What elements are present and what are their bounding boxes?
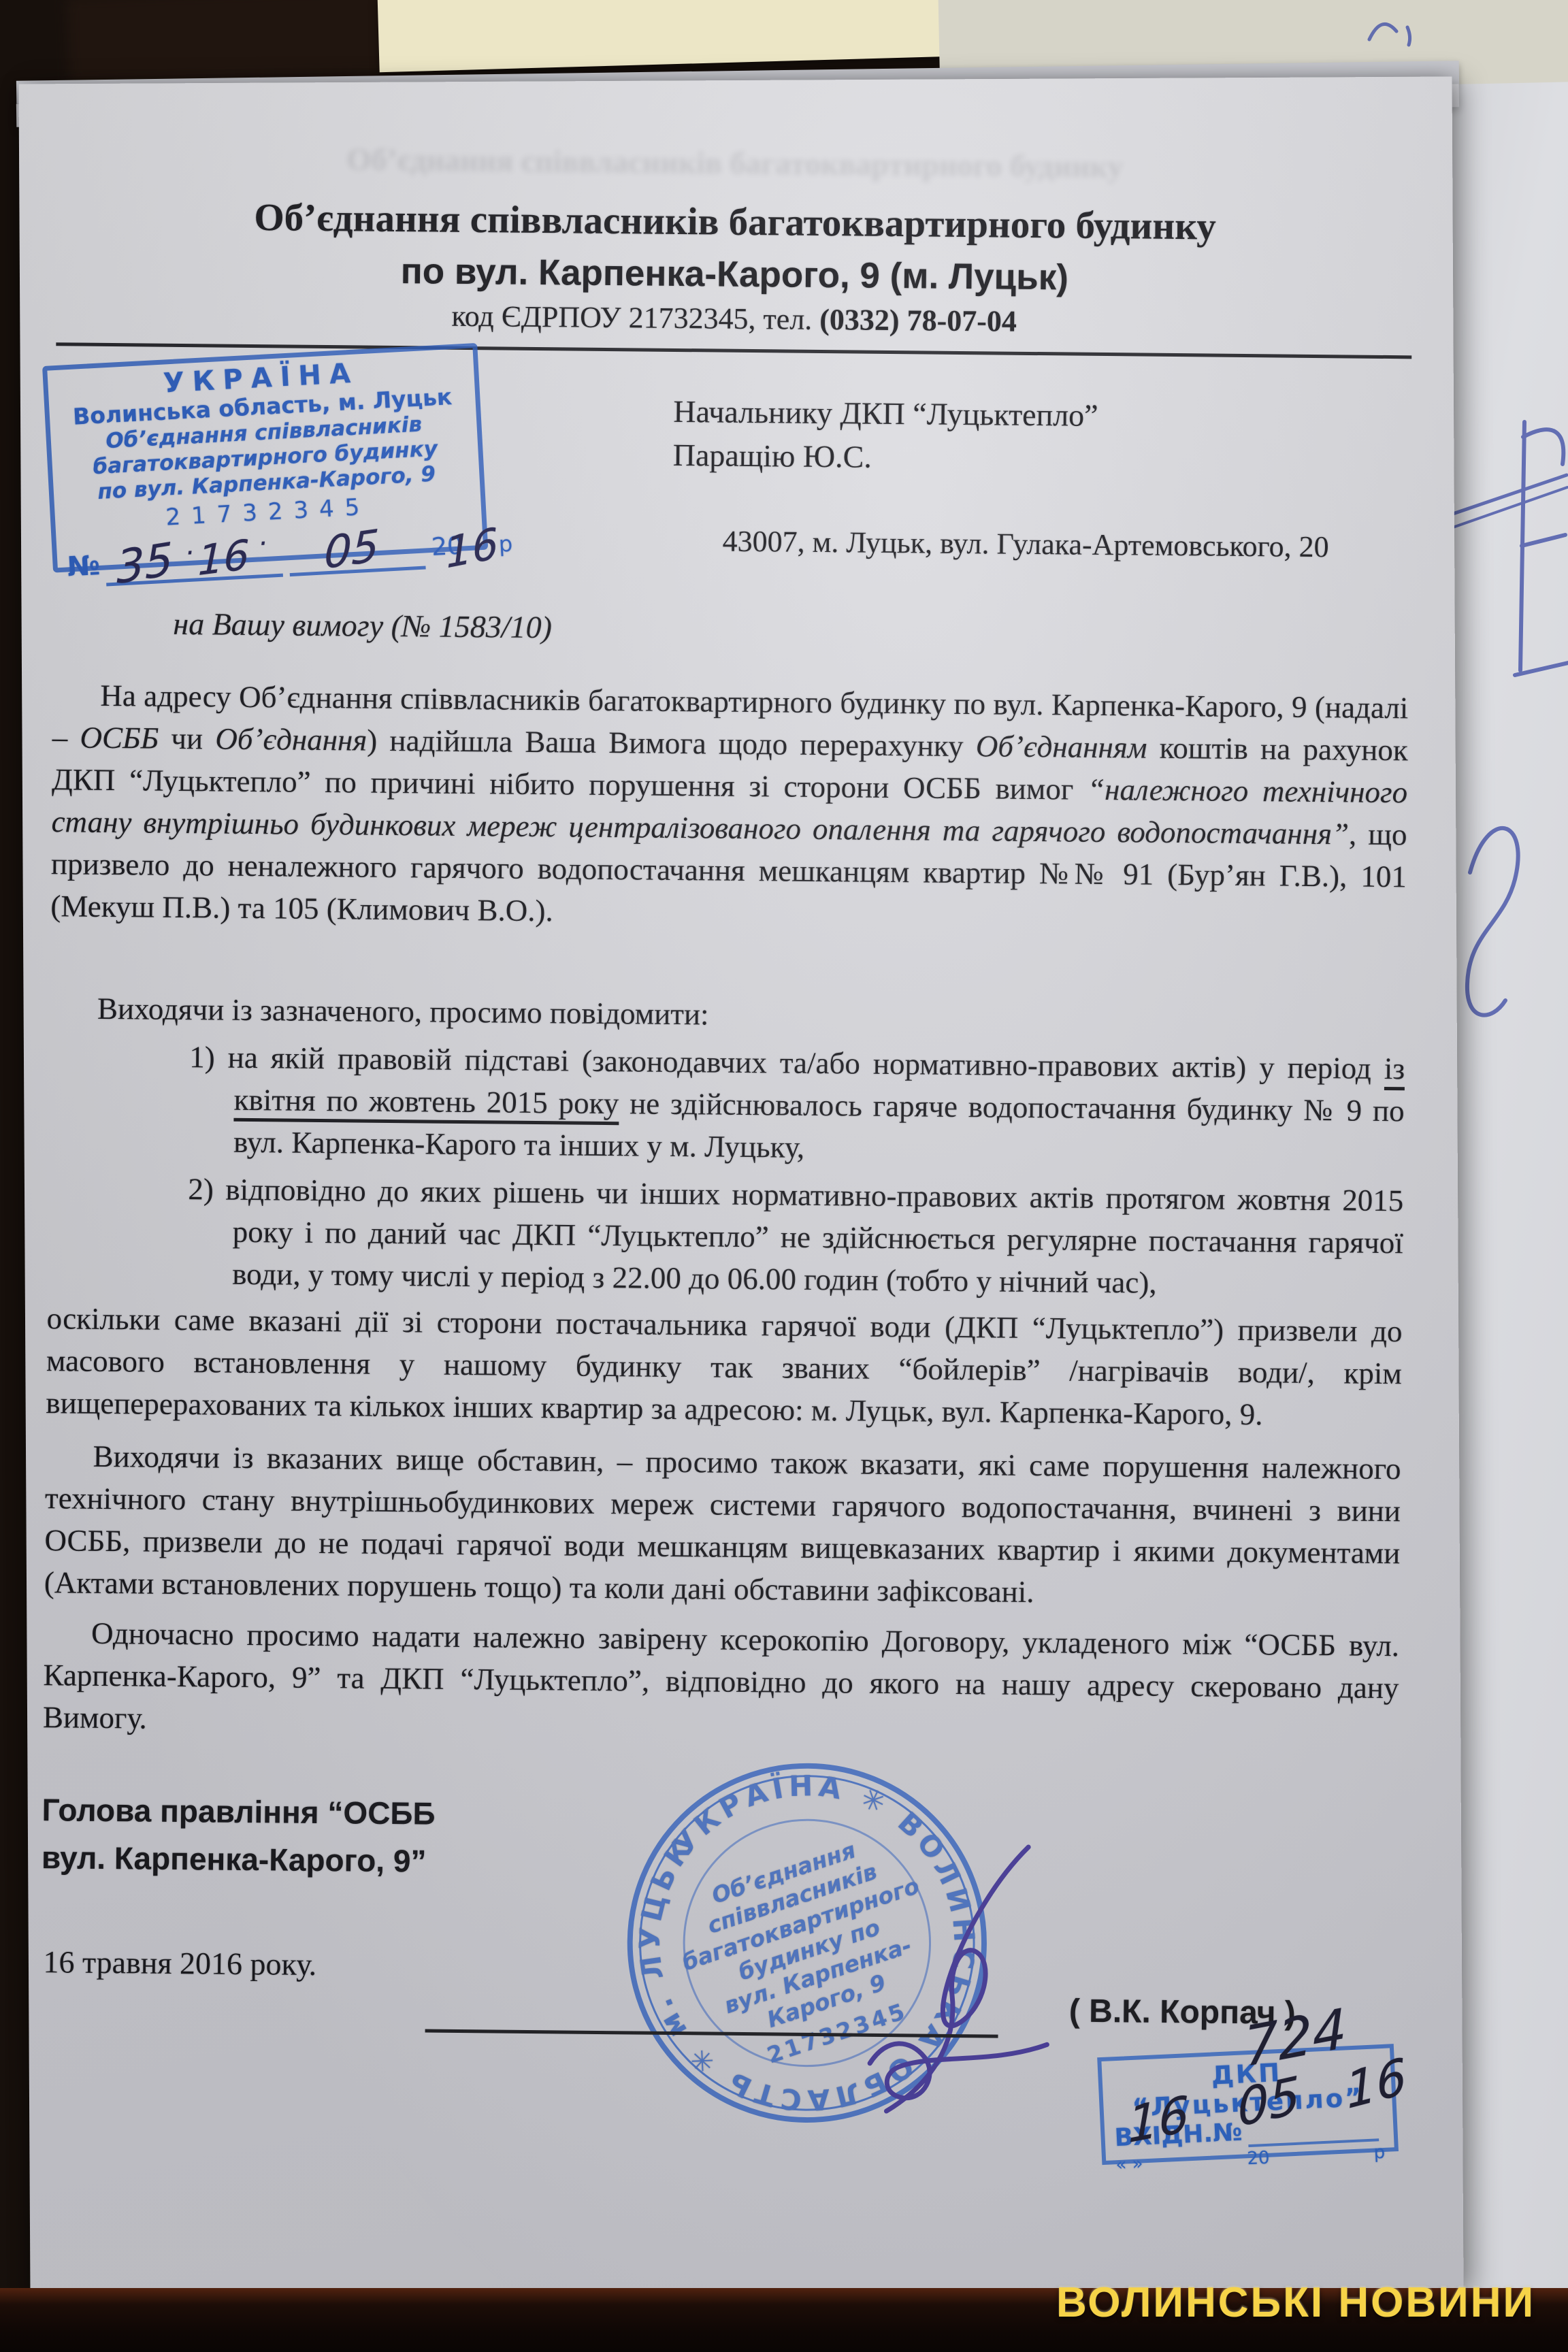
list-item-1: 1) на якій правовій підставі (законодавч… <box>48 1034 1405 1174</box>
handwritten-separator: · <box>184 532 195 575</box>
stamp-addressee-row: УКРАЇНА Волинська область, м. Луцьк Об’є… <box>54 355 1411 593</box>
p1-italic: Об’єднання <box>215 721 367 757</box>
paragraph-4: Виходячи із вказаних вище обставин, – пр… <box>44 1435 1401 1616</box>
bleed-through-text: Об’єднання співвласників багатоквартирно… <box>140 136 1331 190</box>
background-paper-cream <box>378 0 979 72</box>
addressee-name: Паращію Ю.С. <box>673 434 1409 484</box>
stamp-month-blank: 05 <box>287 523 425 577</box>
incoming-registration-stamp: ДКП “Луцьктепло” ВХІДН.№ « » 20 р 724 16 <box>1097 2044 1399 2165</box>
item1-text: на якій правовій підставі (законодавчих … <box>215 1041 1385 1085</box>
p1-text: чи <box>159 721 216 756</box>
handwritten-incoming-number: 724 <box>1243 2007 1347 2069</box>
document-paper: Об’єднання співвласників багатоквартирно… <box>19 77 1464 2298</box>
document-content: Об’єднання співвласників багатоквартирно… <box>39 107 1414 2170</box>
stamp-number-blank: 35 · 16 · <box>104 530 283 587</box>
signer-role-line2: вул. Карпенка-Карого, 9” <box>42 1833 427 1884</box>
handwritten-month: 05 <box>323 525 380 575</box>
subject-line: на Вашу вимогу (№ 1583/10) <box>173 603 1409 657</box>
handwritten-separator: · <box>257 523 268 566</box>
handwritten-year: 16 <box>444 522 500 575</box>
signature-ink <box>821 1838 1083 2127</box>
letterhead: Об’єднання співвласників багатоквартирно… <box>56 194 1413 359</box>
photo-stage: Об’єднання співвласників багатоквартирно… <box>0 0 1568 2352</box>
paragraph-3: оскільки саме вказані дії зі сторони пос… <box>46 1297 1403 1437</box>
letterhead-address: по вул. Карпенка-Карого, 9 (м. Луцьк) <box>56 248 1412 301</box>
entry-stamp-date-blank <box>1143 2164 1247 2169</box>
entry-stamp-year-blank <box>1270 2159 1374 2163</box>
list-intro: Виходячи із зазначеного, просимо повідом… <box>50 987 1406 1042</box>
addressee-block: Начальнику ДКП “Луцьктепло” Паращію Ю.С.… <box>672 390 1409 593</box>
letterhead-org-name: Об’єднання співвласників багатоквартирно… <box>57 194 1414 250</box>
news-watermark: ВОЛИНСЬКІ НОВИНИ <box>1056 2278 1535 2327</box>
document-date: 16 травня 2016 року. <box>43 1941 316 1986</box>
stamp-number-label: № <box>66 544 101 588</box>
registration-stamp: УКРАЇНА Волинська область, м. Луцьк Об’є… <box>42 343 488 573</box>
p1-italic: ОСББ <box>80 721 159 755</box>
handwritten-incoming-day: 16 <box>1128 2092 1190 2146</box>
entry-stamp-quotes: « » <box>1115 2152 1144 2176</box>
handwritten-doc-number: 35 <box>116 538 174 590</box>
handwritten-incoming-month: 05 <box>1237 2074 1301 2131</box>
closing-block: Голова правління “ОСББ вул. Карпенка-Кар… <box>39 1786 1398 2170</box>
letterhead-phone: (0332) 78-07-04 <box>819 303 1017 338</box>
paragraph-5: Одночасно просимо надати належно завірен… <box>43 1612 1400 1751</box>
stamp-year-suffix: р <box>497 523 514 566</box>
addressee-title: Начальнику ДКП “Луцьктепло” <box>673 390 1409 440</box>
list-item-2: 2) відповідно до яких рішень чи інших но… <box>47 1166 1404 1306</box>
item2-text: відповідно до яких рішень чи інших норма… <box>214 1172 1404 1299</box>
letterhead-codes: код ЄДРПОУ 21732345, тел. (0332) 78-07-0… <box>56 296 1412 342</box>
handwritten-incoming-year: 16 <box>1344 2054 1408 2112</box>
addressee-address: 43007, м. Луцьк, вул. Гулака-Артемовсько… <box>672 519 1407 570</box>
handwritten-day: 16 <box>197 534 250 583</box>
p1-italic: Об’єднанням <box>976 729 1147 764</box>
p1-text: ) надійшла Ваша Вимога щодо перерахунку <box>367 723 976 764</box>
list-number: 2) <box>188 1172 214 1206</box>
entry-stamp-year-suffix: р <box>1373 2141 1386 2165</box>
paragraph-1: На адресу Об’єднання співвласників багат… <box>50 674 1408 940</box>
list-number: 1) <box>189 1040 215 1074</box>
entry-stamp-year-prefix: 20 <box>1247 2146 1271 2170</box>
signer-role-line1: Голова правління “ОСББ <box>42 1786 436 1837</box>
letterhead-edrpou: код ЄДРПОУ 21732345, тел. <box>451 299 819 336</box>
